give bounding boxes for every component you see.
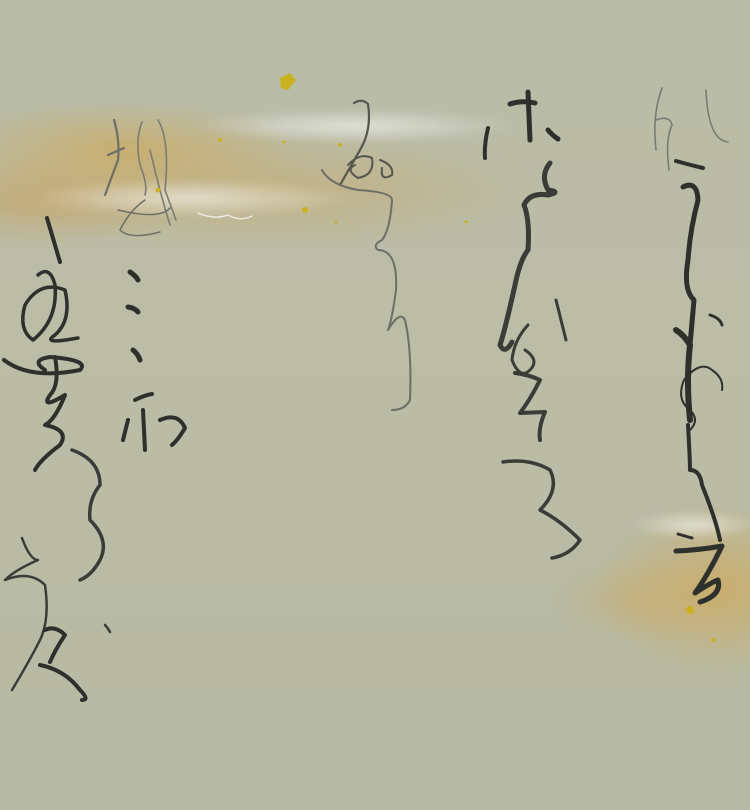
column-3-strokes [322, 101, 410, 410]
column-1-strokes [655, 88, 728, 602]
column-5-strokes [4, 218, 110, 700]
column-4-strokes [105, 120, 252, 450]
column-2-strokes [485, 92, 580, 558]
gold-leaf-flecks [156, 73, 716, 642]
ink-strokes [0, 0, 750, 810]
calligraphy-artwork [0, 0, 750, 810]
